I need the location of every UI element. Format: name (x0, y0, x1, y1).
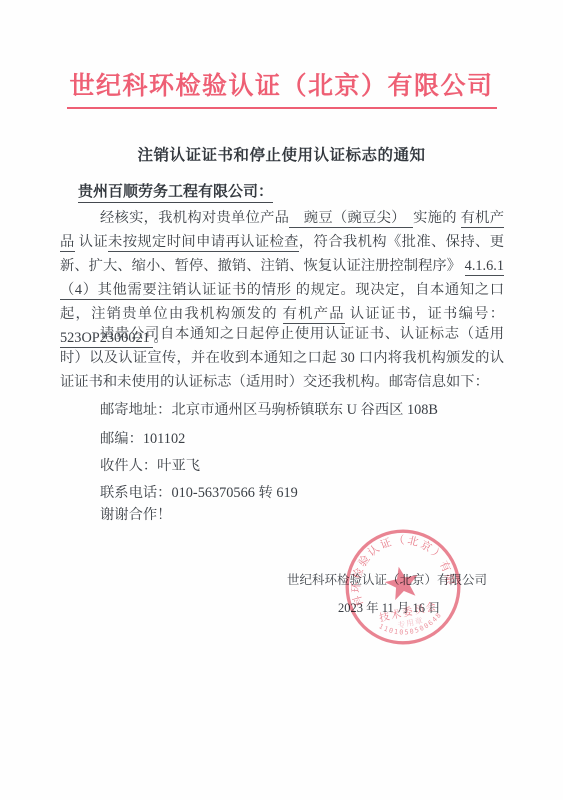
p1-text-run: 认证证书，证书编号： (345, 306, 504, 322)
p1-text-run: 经核实，我机构对贵单位产品 (100, 210, 289, 226)
contact-person-line: 收件人：叶亚飞 (100, 455, 200, 475)
product-name-field: 豌豆（豌豆尖） (289, 210, 413, 228)
letter-page: 世纪科环检验认证（北京）有限公司 注销认证证书和停止使用认证标志的通知 贵州百顺… (0, 0, 563, 800)
official-seal-stamp: 世纪科环检验认证（北京）有限公司 技术委员会 专用章 1101050500648 (341, 525, 465, 649)
mail-address-line: 邮寄地址：北京市通州区马驹桥镇联东 U 谷西区 108B (100, 399, 438, 419)
phone-line: 联系电话：010-56370566 转 619 (100, 482, 298, 502)
cert-type-field: 有机产品 (283, 306, 345, 324)
document-title: 注销认证证书和停止使用认证标志的通知 (0, 143, 563, 165)
p1-text-run: 实施的 (413, 210, 461, 226)
company-letterhead: 世纪科环检验认证（北京）有限公司 (66, 66, 496, 109)
body-paragraph-2: 请贵公司自本通知之日起停止使用认证证书、认证标志（适用时）以及认证宣传，并在收到… (60, 322, 504, 394)
p1-text-run: 认证 (75, 234, 108, 250)
seal-star-icon (382, 563, 421, 601)
thanks-line: 谢谢合作！ (100, 504, 171, 524)
postal-code-line: 邮编：101102 (100, 428, 185, 448)
reason-field: 未按规定时间申请再认证检查 (108, 234, 299, 252)
recipient-name: 贵州百顺劳务工程有限公司： (78, 180, 273, 203)
